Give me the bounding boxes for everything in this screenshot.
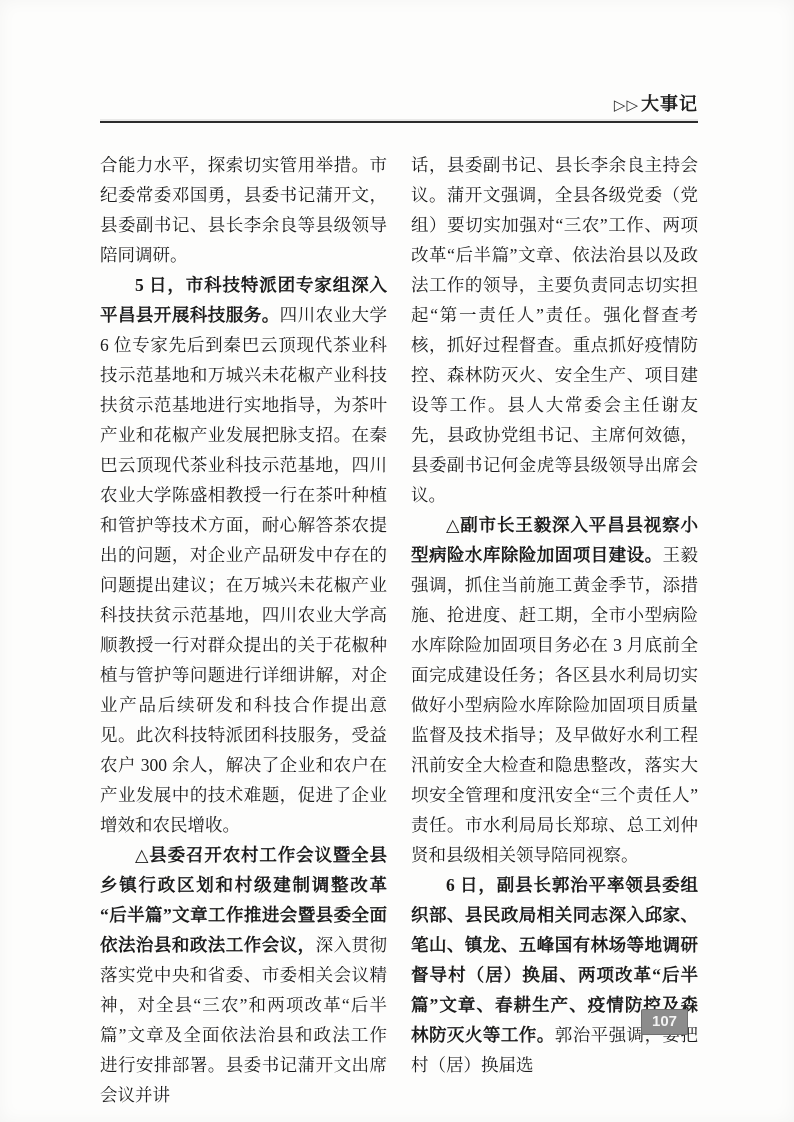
page-header: ▷▷ 大事记 (100, 0, 698, 116)
paragraph-body: 话，县委副书记、县长李余良主持会议。蒲开文强调，全县各级党委（党组）要切实加强对… (411, 155, 698, 505)
right-column: 话，县委副书记、县长李余良主持会议。蒲开文强调，全县各级党委（党组）要切实加强对… (411, 150, 698, 1110)
paragraph: △县委召开农村工作会议暨全县乡镇行政区划和村级建制调整改革“后半篇”文章工作推进… (100, 840, 387, 1110)
page-number-badge: 107 (641, 1009, 688, 1035)
header-rule-divider (100, 121, 698, 123)
page: ▷▷ 大事记 合能力水平，探索切实管用举措。市纪委常委邓国勇，县委书记蒲开文，县… (0, 0, 794, 1122)
paragraph: △副市长王毅深入平昌县视察小型病险水库除险加固项目建设。王毅强调，抓住当前施工黄… (411, 510, 698, 870)
left-column: 合能力水平，探索切实管用举措。市纪委常委邓国勇，县委书记蒲开文，县委副书记、县长… (100, 150, 387, 1110)
chronicle-title: 大事记 (641, 90, 698, 116)
content-area: ▷▷ 大事记 合能力水平，探索切实管用举措。市纪委常委邓国勇，县委书记蒲开文，县… (100, 0, 698, 1110)
paragraph: 合能力水平，探索切实管用举措。市纪委常委邓国勇，县委书记蒲开文，县委副书记、县长… (100, 150, 387, 270)
paragraph: 5 日，市科技特派团专家组深入平昌县开展科技服务。四川农业大学 6 位专家先后到… (100, 270, 387, 840)
paragraph-body: 王毅强调，抓住当前施工黄金季节，添措施、抢进度、赶工期，全市小型病险水库除险加固… (411, 545, 698, 865)
triangle-marks-icon: ▷▷ (614, 96, 639, 114)
paragraph-lead: △副市长王毅深入平昌县视察小型病险水库除险加固项目建设。 (411, 515, 698, 565)
paragraph: 话，县委副书记、县长李余良主持会议。蒲开文强调，全县各级党委（党组）要切实加强对… (411, 150, 698, 510)
paragraph-body: 深入贯彻落实党中央和省委、市委相关会议精神，对全县“三农”和两项改革“后半篇”文… (100, 935, 387, 1105)
paragraph-body: 四川农业大学 6 位专家先后到秦巴云顶现代茶业科技示范基地和万城兴未花椒产业科技… (100, 305, 387, 835)
text-columns: 合能力水平，探索切实管用举措。市纪委常委邓国勇，县委书记蒲开文，县委副书记、县长… (100, 150, 698, 1110)
paragraph: 6 日，副县长郭治平率领县委组织部、县民政局相关同志深入邱家、笔山、镇龙、五峰国… (411, 870, 698, 1080)
paragraph-body: 合能力水平，探索切实管用举措。市纪委常委邓国勇，县委书记蒲开文，县委副书记、县长… (100, 155, 387, 265)
